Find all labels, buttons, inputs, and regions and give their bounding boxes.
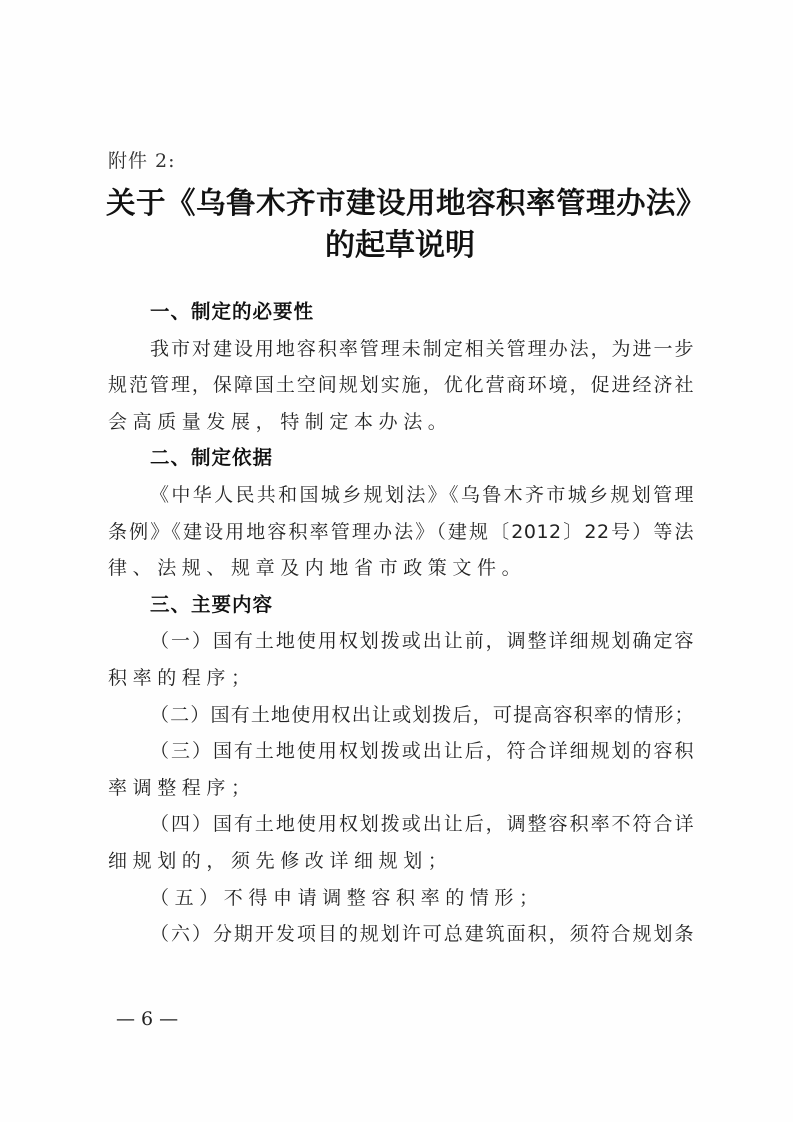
section-heading-main-content: 三、主要内容 — [108, 587, 694, 624]
paragraph-line: 律、法规、规章及内地省市政策文件。 — [108, 550, 694, 587]
content-item-5: （五）不得申请调整容积率的情形； — [108, 880, 694, 917]
content-item-1: （一）国有土地使用权划拨或出让前，调整详细规划确定容 积率的程序； — [108, 623, 694, 696]
paragraph-line: （四）国有土地使用权划拨或出让后，调整容积率不符合详 — [108, 806, 694, 843]
document-title-line-1: 关于《乌鲁木齐市建设用地容积率管理办法》 — [106, 180, 706, 222]
paragraph-line: 我市对建设用地容积率管理未制定相关管理办法，为进一步 — [108, 331, 694, 368]
section-heading-necessity: 一、制定的必要性 — [108, 294, 694, 331]
paragraph-line: （三）国有土地使用权划拨或出让后，符合详细规划的容积 — [108, 733, 694, 770]
paragraph-line: （六）分期开发项目的规划许可总建筑面积，须符合规划条 — [108, 916, 694, 953]
paragraph-line: 会高质量发展，特制定本办法。 — [108, 404, 694, 441]
paragraph-line: 条例》《建设用地容积率管理办法》（建规〔2012〕22号）等法 — [108, 514, 694, 551]
content-item-3: （三）国有土地使用权划拨或出让后，符合详细规划的容积 率调整程序； — [108, 733, 694, 806]
content-item-2: （二）国有土地使用权出让或划拨后，可提高容积率的情形； — [108, 697, 694, 734]
attachment-label: 附件 2: — [108, 146, 176, 173]
paragraph-line: 《中华人民共和国城乡规划法》《乌鲁木齐市城乡规划管理 — [108, 477, 694, 514]
content-item-4: （四）国有土地使用权划拨或出让后，调整容积率不符合详 细规划的，须先修改详细规划… — [108, 806, 694, 879]
paragraph-line: 规范管理，保障国土空间规划实施，优化营商环境，促进经济社 — [108, 367, 694, 404]
document-title-line-2: 的起草说明 — [100, 220, 700, 264]
document-page: 附件 2: 关于《乌鲁木齐市建设用地容积率管理办法》 的起草说明 一、制定的必要… — [0, 0, 793, 1122]
page-number: — 6 — — [116, 1008, 178, 1030]
content-item-6: （六）分期开发项目的规划许可总建筑面积，须符合规划条 — [108, 916, 694, 953]
paragraph-line: 细规划的，须先修改详细规划； — [108, 843, 694, 880]
paragraph-line: （一）国有土地使用权划拨或出让前，调整详细规划确定容 — [108, 623, 694, 660]
paragraph-line: 率调整程序； — [108, 770, 694, 807]
section-heading-basis: 二、制定依据 — [108, 440, 694, 477]
paragraph-line: （二）国有土地使用权出让或划拨后，可提高容积率的情形； — [108, 697, 694, 734]
document-body: 一、制定的必要性 我市对建设用地容积率管理未制定相关管理办法，为进一步 规范管理… — [108, 294, 694, 953]
paragraph-line: （五）不得申请调整容积率的情形； — [108, 880, 694, 917]
paragraph-line: 积率的程序； — [108, 660, 694, 697]
section-paragraph-basis: 《中华人民共和国城乡规划法》《乌鲁木齐市城乡规划管理 条例》《建设用地容积率管理… — [108, 477, 694, 587]
section-paragraph-necessity: 我市对建设用地容积率管理未制定相关管理办法，为进一步 规范管理，保障国土空间规划… — [108, 331, 694, 441]
